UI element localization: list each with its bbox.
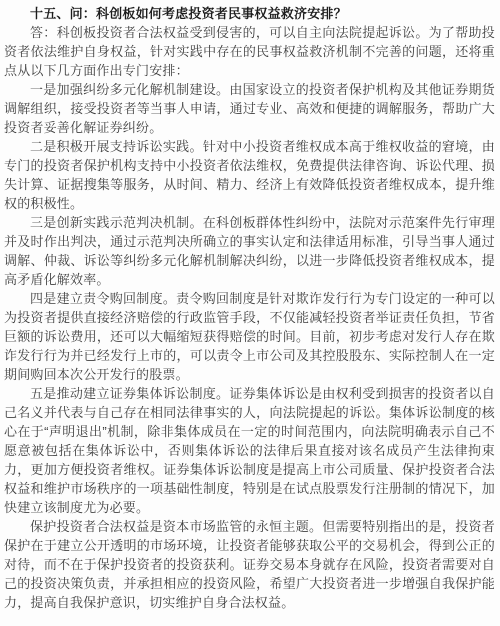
point-4-buyback-order-paragraph: 四是建立责令购回制度。责令购回制度是针对欺诈发行行为专门设定的一种可以为投资者提… bbox=[4, 289, 495, 384]
page: { "page": { "background": "#fdfdfd", "bo… bbox=[0, 0, 500, 626]
point-2-litigation-support-paragraph: 二是积极开展支持诉讼实践。针对中小投资者维权成本高于维权收益的窘境，由专门的投资… bbox=[4, 137, 495, 213]
qa-article: 十五、问：科创板如何考虑投资者民事权益救济安排？ 答：科创板投资者合法权益受到侵… bbox=[0, 0, 500, 612]
point-5-class-action-paragraph: 五是推动建立证券集体诉讼制度。证券集体诉讼是由权利受到损害的投资者以自己名义并代… bbox=[4, 384, 495, 517]
question-title: 十五、问：科创板如何考虑投资者民事权益救济安排？ bbox=[4, 4, 495, 23]
point-1-dispute-resolution-paragraph: 一是加强纠纷多元化解机制建设。由国家设立的投资者保护机构及其他证券期货调解组织，… bbox=[4, 80, 495, 137]
answer-intro-paragraph: 答：科创板投资者合法权益受到侵害的，可以自主向法院提起诉讼。为了帮助投资者依法维… bbox=[4, 23, 495, 80]
closing-paragraph: 保护投资者合法权益是资本市场监管的永恒主题。但需要特别指出的是，投资者保护在于建… bbox=[4, 517, 495, 612]
point-3-model-judgment-paragraph: 三是创新实践示范判决机制。在科创板群体性纠纷中，法院对示范案件先行审理并及时作出… bbox=[4, 213, 495, 289]
